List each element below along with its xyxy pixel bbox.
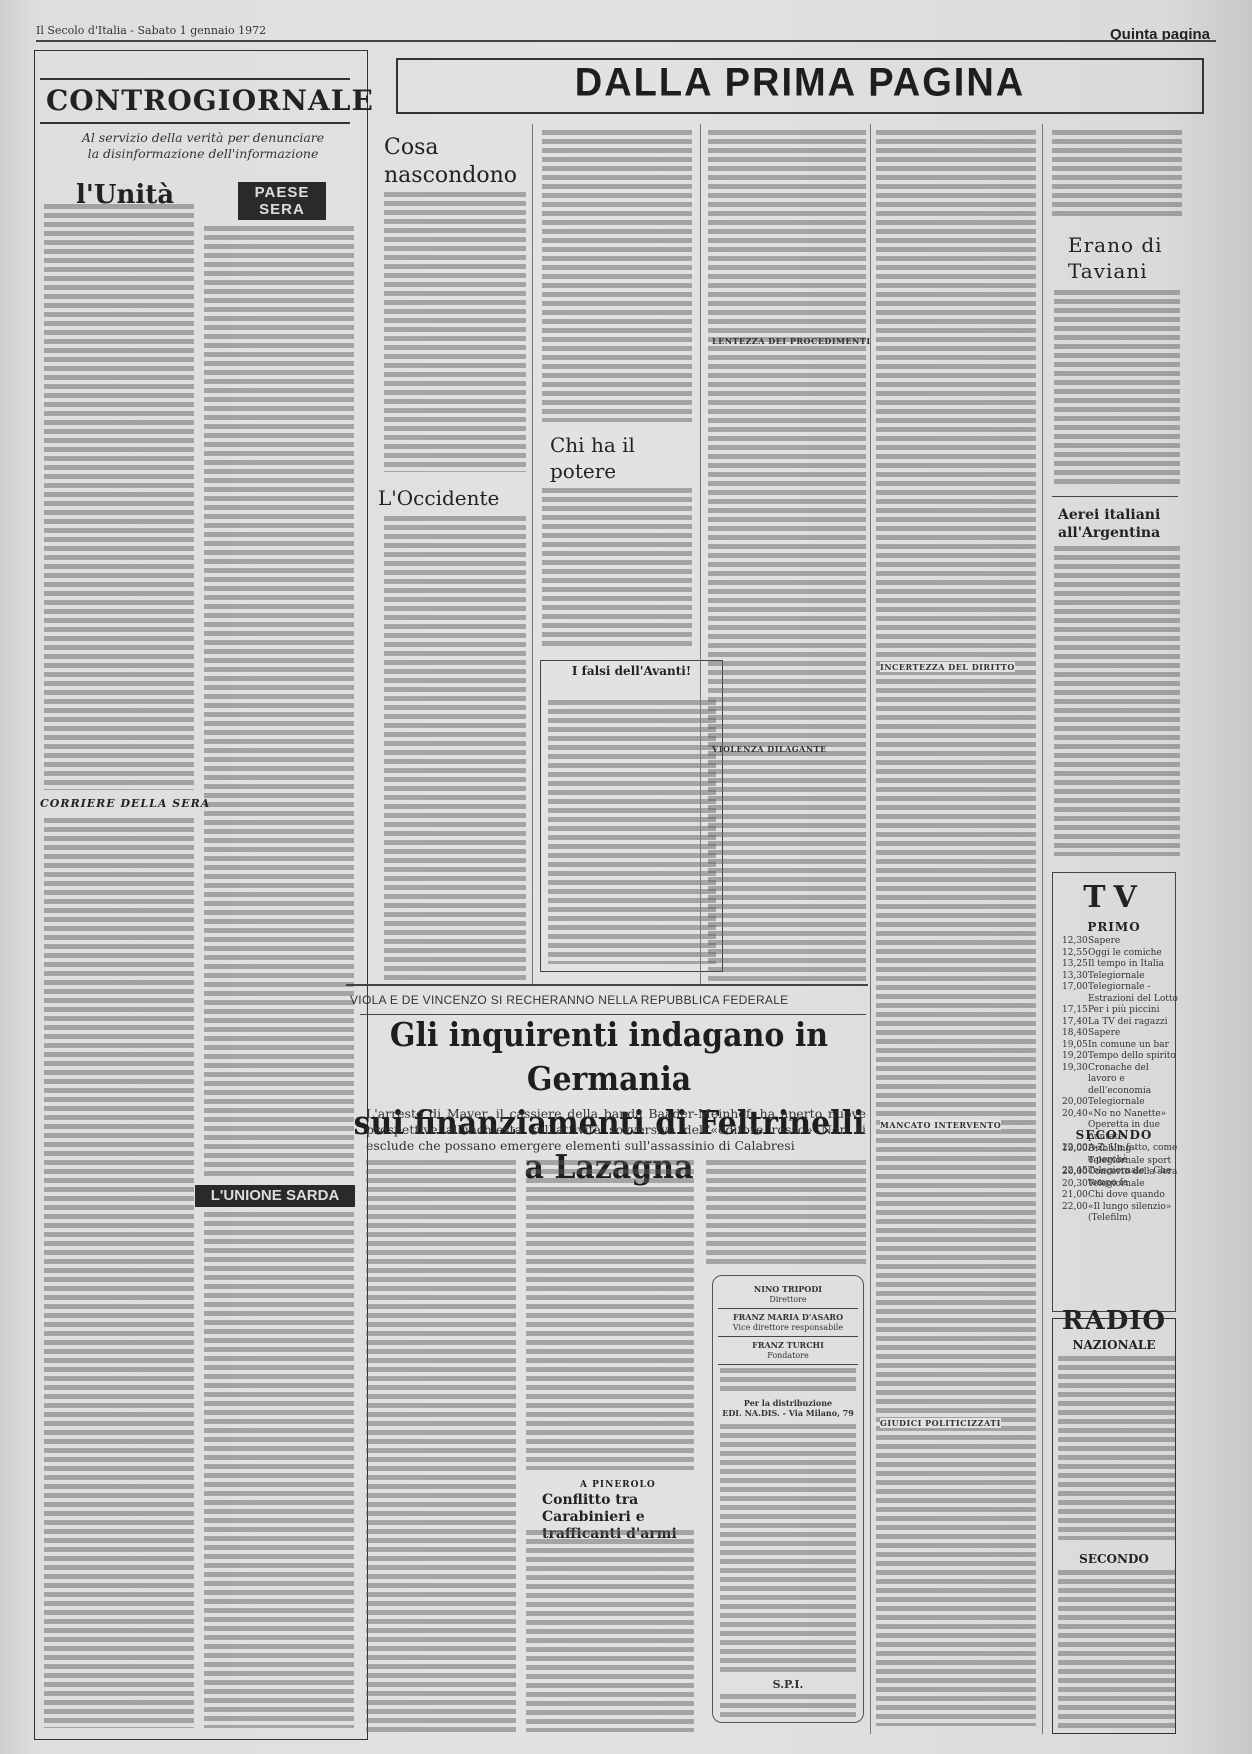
tv-time: 17,00 (1062, 982, 1088, 1005)
pinerolo-text (526, 1530, 694, 1732)
tv-listing: 17,40La TV dei ragazzi (1062, 1017, 1180, 1029)
column-rule (870, 124, 871, 1734)
lead-column-2-text (526, 1160, 694, 1470)
subhead-mancato-intervento: MANCATO INTERVENTO (880, 1120, 1001, 1130)
subhead-giudici: GIUDICI POLITICIZZATI (880, 1418, 1001, 1428)
tv-program: «Il lungo silenzio» (Telefilm) (1088, 1202, 1180, 1225)
tv-program: Dribbling - Telegiornale sport (1088, 1144, 1180, 1167)
imprint-founder: FRANZ TURCHI (712, 1340, 864, 1350)
lead-headline-line-1: Gli inquirenti indagano in Germania (350, 1014, 868, 1102)
tv-time: 19,20 (1062, 1051, 1088, 1063)
tv-listing: 22,00«Il lungo silenzio» (Telefilm) (1062, 1202, 1180, 1225)
tv-listing: 18,40Sapere (1062, 1028, 1180, 1040)
falsi-avanti-text (548, 700, 716, 964)
tv-time: 12,55 (1062, 948, 1088, 960)
tv-listing: 19,05In comune un bar (1062, 1040, 1180, 1052)
subhead-lentezza: LENTEZZA DEI PROCEDIMENTI (712, 336, 871, 346)
subtitle-line-2: la disinformazione dell'informazione (58, 146, 348, 162)
tv-time: 19,30 (1062, 1063, 1088, 1098)
headline-aerei-italiani: Aerei italiani all'Argentina (1058, 506, 1178, 542)
tv-program: Chi dove quando (1088, 1190, 1165, 1202)
tv-program: Tempo dello spirito (1088, 1051, 1176, 1063)
tv-listing: 19,20Tempo dello spirito (1062, 1051, 1180, 1063)
tv-time: 12,30 (1062, 936, 1088, 948)
aerei-italiani-text (1054, 546, 1180, 856)
tv-listing: 12,55Oggi le comiche (1062, 948, 1180, 960)
banner-title: DALLA PRIMA PAGINA (396, 61, 1204, 106)
imprint-director: NINO TRIPODI (712, 1284, 864, 1294)
lead-deck: L'arresto di Mayer, il cassiere della ba… (366, 1106, 866, 1154)
imprint-vice: FRANZ MARIA D'ASARO (712, 1312, 864, 1322)
story-rule (346, 984, 868, 986)
newspaper-page: Il Secolo d'Italia - Sabato 1 gennaio 19… (0, 0, 1252, 1754)
subhead-incertezza: INCERTEZZA DEL DIRITTO (880, 662, 1015, 672)
tv-listing: 19,00Dribbling - Telegiornale sport (1062, 1144, 1180, 1167)
cosa-nascondono-text (384, 192, 526, 472)
tv-time: 20,00 (1062, 1097, 1088, 1109)
paese-sera-column-text (204, 226, 354, 1178)
column-2-top-text (542, 130, 692, 422)
tv-program: Per i più piccini (1088, 1005, 1159, 1017)
source-unione-sarda: L'UNIONE SARDA (195, 1185, 355, 1207)
tv-program: Cronache del lavoro e dell'economia (1088, 1063, 1180, 1098)
tv-time: 21,00 (1062, 1190, 1088, 1202)
imprint-director-role: Direttore (712, 1295, 864, 1305)
tv-listing: 17,00Telegiornale - Estrazioni del Lotto (1062, 982, 1180, 1005)
tv-program: Telegiornale (1088, 1179, 1145, 1191)
column-3-text (708, 130, 866, 982)
running-head: Il Secolo d'Italia - Sabato 1 gennaio 19… (36, 24, 266, 37)
imprint-rule (718, 1364, 858, 1365)
tv-time: 20,30 (1062, 1179, 1088, 1191)
tv-program: Il tempo in Italia (1088, 959, 1164, 971)
tv-secondo-label: SECONDO (1052, 1128, 1176, 1142)
imprint-founder-role: Fondatore (712, 1351, 864, 1361)
controgiornale-title: CONTROGIORNALE (46, 84, 374, 117)
header-rule (36, 40, 1216, 42)
imprint-text (720, 1368, 856, 1392)
imprint-rule (718, 1336, 858, 1337)
tv-listing: 20,00Telegiornale (1062, 1097, 1180, 1109)
headline-chi-ha-il-potere: Chi ha il potere (550, 432, 670, 484)
headline-falsi-avanti: I falsi dell'Avanti! (540, 664, 723, 679)
tv-primo-label: PRIMO (1052, 920, 1176, 934)
imprint-footer-text (720, 1694, 856, 1718)
tv-time: 13,25 (1062, 959, 1088, 971)
subhead-violenza: VIOLENZA DILAGANTE (712, 744, 827, 754)
lead-kicker: VIOLA E DE VINCENZO SI RECHERANNO NELLA … (350, 993, 789, 1007)
tv-program: Telegiornale (1088, 971, 1145, 983)
headline-erano-di-taviani: Erano di Taviani (1068, 232, 1188, 284)
tv-program: Telegiornale - Estrazioni del Lotto (1088, 982, 1180, 1005)
tv-program: Concerto della sera (1088, 1167, 1177, 1179)
tv-program: In comune un bar (1088, 1040, 1169, 1052)
column-4-text (876, 130, 1036, 1726)
tv-listing: 20,30Telegiornale (1062, 1179, 1180, 1191)
section-rule (1052, 496, 1178, 497)
imprint-details-text (720, 1424, 856, 1674)
tv-time: 17,15 (1062, 1005, 1088, 1017)
lead-column-1-text (366, 1160, 516, 1732)
unione-sarda-column-text (204, 1212, 354, 1728)
tv-time: 13,30 (1062, 971, 1088, 983)
radio-box (1052, 1318, 1176, 1734)
unita-column-text (44, 204, 194, 790)
subtitle-line-1: Al servizio della verità per denunciare (58, 130, 348, 146)
imprint-publisher: S.P.I. (712, 1680, 864, 1690)
tv-listing: 19,30Cronache del lavoro e dell'economia (1062, 1063, 1180, 1098)
tv-listing: 20,00Concerto della sera (1062, 1167, 1180, 1179)
tv-time: 22,00 (1062, 1202, 1088, 1225)
source-paese-sera: PAESE SERA (238, 182, 326, 220)
tv-listing: 12,30Sapere (1062, 936, 1180, 948)
headline-cosa-nascondono: Cosa nascondono (384, 134, 514, 190)
column-rule (700, 124, 701, 984)
chi-ha-il-potere-text (542, 488, 692, 650)
source-corriere-della-sera: CORRIERE DELLA SERA (40, 797, 210, 810)
imprint-distributor: EDI. NA.DIS. - Via Milano, 79 (712, 1408, 864, 1418)
occidente-text (384, 516, 526, 984)
headline-occidente: L'Occidente (378, 486, 499, 510)
tv-program: Oggi le comiche (1088, 948, 1162, 960)
tv-listing: 13,30Telegiornale (1062, 971, 1180, 983)
corriere-column-text (44, 818, 194, 1728)
pinerolo-kicker: A PINEROLO (580, 1480, 656, 1490)
column-5-top-text (1052, 130, 1182, 216)
column-rule (532, 124, 533, 984)
tv-time: 20,00 (1062, 1167, 1088, 1179)
tv-program: Sapere (1088, 936, 1120, 948)
imprint-distribution: Per la distribuzione (712, 1398, 864, 1408)
tv-time: 19,00 (1062, 1144, 1088, 1167)
tv-program: Sapere (1088, 1028, 1120, 1040)
column-rule (1042, 124, 1043, 1734)
tv-time: 19,05 (1062, 1040, 1088, 1052)
tv-listing: 17,15Per i più piccini (1062, 1005, 1180, 1017)
tv-program: La TV dei ragazzi (1088, 1017, 1168, 1029)
tv-time: 17,40 (1062, 1017, 1088, 1029)
lead-column-3-text (706, 1160, 866, 1264)
tv-secondo-list: 19,00Dribbling - Telegiornale sport20,00… (1062, 1144, 1180, 1225)
imprint-vice-role: Vice direttore responsabile (712, 1323, 864, 1333)
tv-listing: 21,00Chi dove quando (1062, 1190, 1180, 1202)
tv-listing: 13,25Il tempo in Italia (1062, 959, 1180, 971)
controgiornale-subtitle: Al servizio della verità per denunciare … (58, 130, 348, 162)
erano-di-taviani-text (1054, 290, 1180, 486)
tv-program: Telegiornale (1088, 1097, 1145, 1109)
tv-time: 18,40 (1062, 1028, 1088, 1040)
imprint-rule (718, 1308, 858, 1309)
tv-title: TV (1052, 880, 1176, 915)
